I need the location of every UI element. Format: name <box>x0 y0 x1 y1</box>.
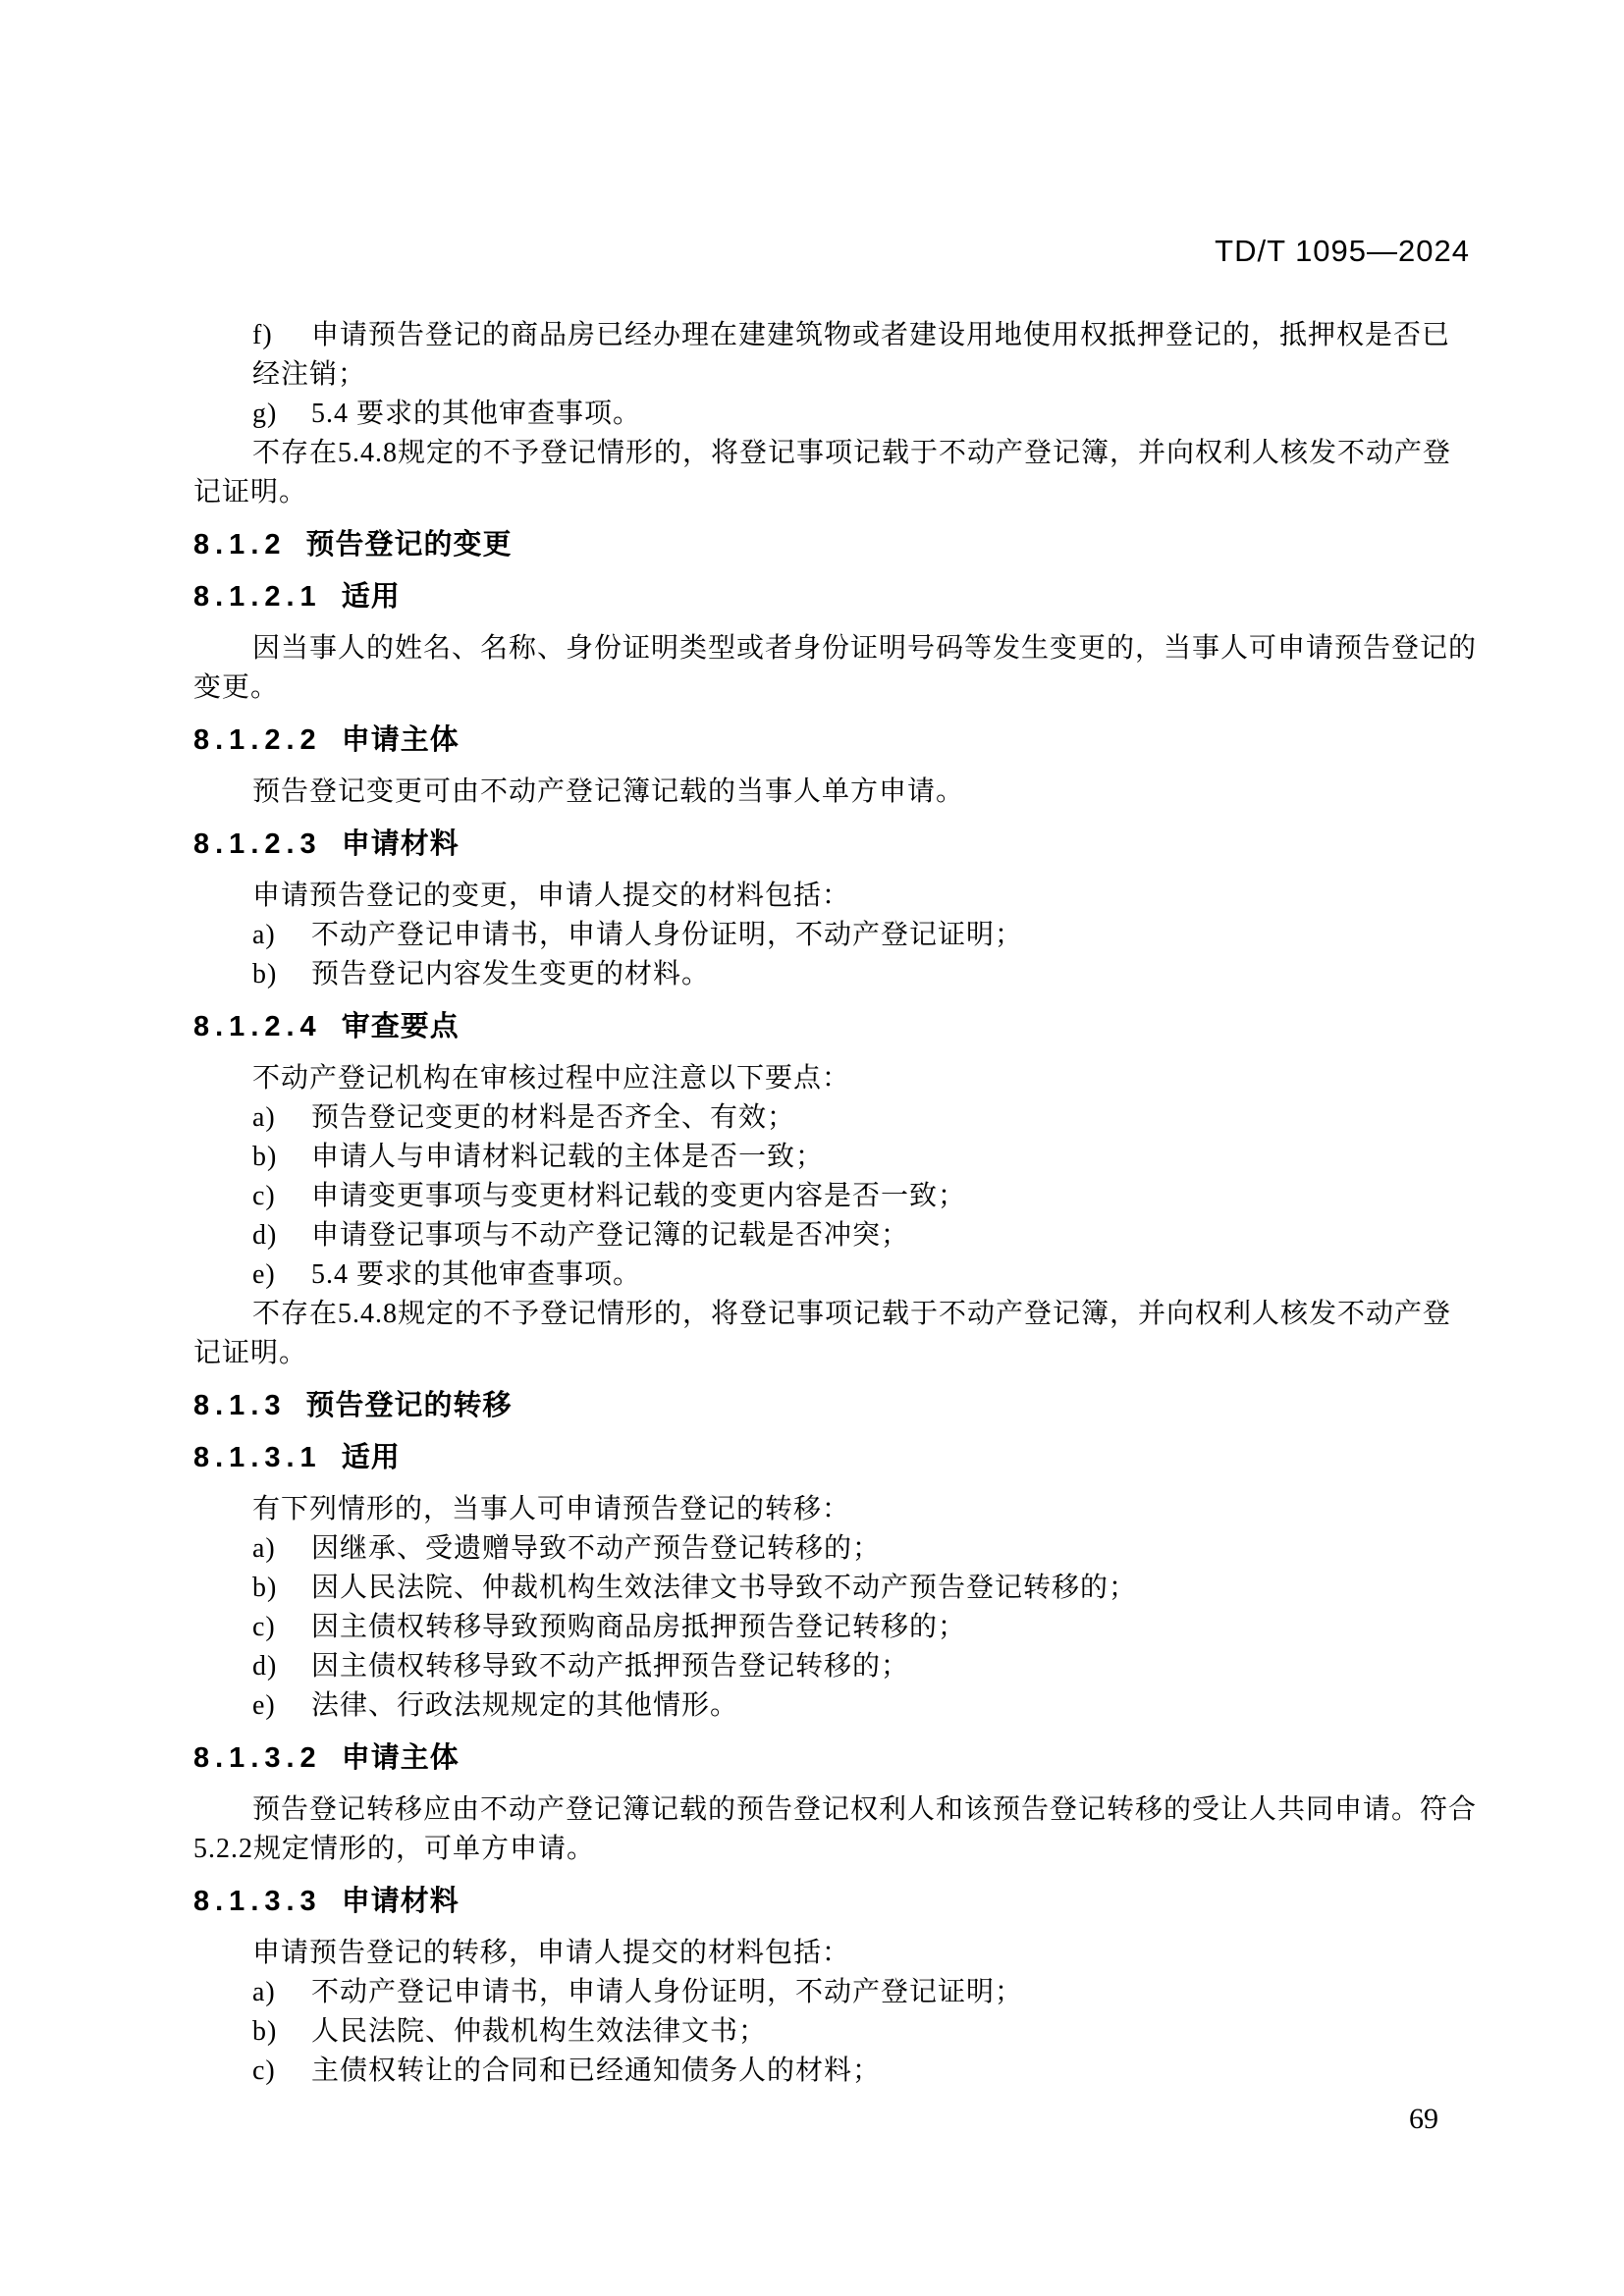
list-marker: b) <box>252 955 311 994</box>
heading-number: 8.1.3 <box>193 1390 287 1421</box>
section-heading: 8.1.2.1适用 <box>193 577 1480 616</box>
heading-number: 8.1.2.2 <box>193 724 322 756</box>
list-item: c)主债权转让的合同和已经通知债务人的材料； <box>193 2052 1480 2091</box>
heading-title: 审查要点 <box>342 1011 460 1042</box>
document-header: TD/T 1095—2024 <box>193 192 1470 310</box>
heading-number: 8.1.2 <box>193 529 287 561</box>
page-number: 69 <box>1409 2103 1438 2135</box>
list-item: a)不动产登记申请书，申请人身份证明，不动产登记证明； <box>193 1973 1480 2012</box>
paragraph: 有下列情形的，当事人可申请预告登记的转移： <box>193 1490 1480 1529</box>
list-text: 申请预告登记的商品房已经办理在建建筑物或者建设用地使用权抵押登记的，抵押权是否已… <box>252 320 1450 390</box>
list-item: f)申请预告登记的商品房已经办理在建建筑物或者建设用地使用权抵押登记的，抵押权是… <box>193 316 1480 395</box>
list-marker: b) <box>252 1569 311 1608</box>
list-text: 主债权转让的合同和已经通知债务人的材料； <box>311 2056 881 2086</box>
heading-number: 8.1.3.1 <box>193 1442 322 1473</box>
list-item: c)因主债权转移导致预购商品房抵押预告登记转移的； <box>193 1608 1480 1647</box>
list-item: a)不动产登记申请书，申请人身份证明，不动产登记证明； <box>193 916 1480 955</box>
list-item: e)法律、行政法规规定的其他情形。 <box>193 1686 1480 1726</box>
heading-number: 8.1.3.2 <box>193 1742 322 1774</box>
heading-title: 申请材料 <box>342 828 460 860</box>
section-heading: 8.1.2.2申请主体 <box>193 721 1480 760</box>
list-marker: g) <box>252 395 311 434</box>
list-marker: e) <box>252 1686 311 1726</box>
paragraph: 不存在5.4.8规定的不予登记情形的，将登记事项记载于不动产登记簿，并向权利人核… <box>193 1295 1480 1373</box>
list-marker: f) <box>252 316 311 355</box>
paragraph: 不存在5.4.8规定的不予登记情形的，将登记事项记载于不动产登记簿，并向权利人核… <box>193 434 1480 512</box>
list-item: b)因人民法院、仲裁机构生效法律文书导致不动产预告登记转移的； <box>193 1569 1480 1608</box>
heading-number: 8.1.2.1 <box>193 581 322 613</box>
standard-number: TD/T 1095—2024 <box>1215 234 1470 268</box>
list-text: 申请人与申请材料记载的主体是否一致； <box>311 1142 824 1172</box>
list-marker: c) <box>252 1608 311 1647</box>
list-marker: a) <box>252 916 311 955</box>
list-text: 不动产登记申请书，申请人身份证明，不动产登记证明； <box>311 1977 1023 2007</box>
list-item: d)申请登记事项与不动产登记簿的记载是否冲突； <box>193 1216 1480 1255</box>
heading-title: 申请主体 <box>342 1742 460 1774</box>
list-text: 5.4 要求的其他审查事项。 <box>311 399 641 429</box>
list-marker: c) <box>252 1177 311 1216</box>
list-text: 预告登记内容发生变更的材料。 <box>311 959 710 989</box>
list-marker: b) <box>252 1138 311 1177</box>
heading-title: 适用 <box>342 581 401 613</box>
list-item: e)5.4 要求的其他审查事项。 <box>193 1255 1480 1295</box>
list-marker: a) <box>252 1098 311 1138</box>
heading-title: 适用 <box>342 1442 401 1473</box>
document-page: TD/T 1095—2024 f)申请预告登记的商品房已经办理在建建筑物或者建设… <box>0 0 1624 2296</box>
list-text: 预告登记变更的材料是否齐全、有效； <box>311 1102 795 1133</box>
section-heading: 8.1.2预告登记的变更 <box>193 525 1480 564</box>
list-marker: b) <box>252 2012 311 2052</box>
heading-number: 8.1.3.3 <box>193 1886 322 1917</box>
list-marker: d) <box>252 1647 311 1686</box>
section-heading: 8.1.2.4审查要点 <box>193 1007 1480 1046</box>
list-text: 申请变更事项与变更材料记载的变更内容是否一致； <box>311 1181 966 1211</box>
document-footer: 69 <box>193 2102 1438 2137</box>
list-item: a)因继承、受遗赠导致不动产预告登记转移的； <box>193 1529 1480 1569</box>
heading-number: 8.1.2.3 <box>193 828 322 860</box>
heading-title: 申请主体 <box>342 724 460 756</box>
heading-title: 申请材料 <box>342 1886 460 1917</box>
list-text: 法律、行政法规规定的其他情形。 <box>311 1690 738 1721</box>
list-text: 人民法院、仲裁机构生效法律文书； <box>311 2016 767 2047</box>
list-text: 5.4 要求的其他审查事项。 <box>311 1259 641 1290</box>
list-marker: e) <box>252 1255 311 1295</box>
paragraph: 预告登记变更可由不动产登记簿记载的当事人单方申请。 <box>193 773 1480 812</box>
list-text: 因继承、受遗赠导致不动产预告登记转移的； <box>311 1533 881 1564</box>
paragraph: 预告登记转移应由不动产登记簿记载的预告登记权利人和该预告登记转移的受让人共同申请… <box>193 1790 1480 1869</box>
list-marker: a) <box>252 1973 311 2012</box>
heading-title: 预告登记的变更 <box>306 529 513 561</box>
paragraph: 申请预告登记的转移，申请人提交的材料包括： <box>193 1934 1480 1973</box>
list-text: 因人民法院、仲裁机构生效法律文书导致不动产预告登记转移的； <box>311 1573 1137 1603</box>
heading-title: 预告登记的转移 <box>306 1390 513 1421</box>
list-text: 不动产登记申请书，申请人身份证明，不动产登记证明； <box>311 920 1023 950</box>
paragraph: 不动产登记机构在审核过程中应注意以下要点： <box>193 1059 1480 1098</box>
paragraph: 申请预告登记的变更，申请人提交的材料包括： <box>193 877 1480 916</box>
list-item: c)申请变更事项与变更材料记载的变更内容是否一致； <box>193 1177 1480 1216</box>
list-marker: a) <box>252 1529 311 1569</box>
list-text: 申请登记事项与不动产登记簿的记载是否冲突； <box>311 1220 909 1251</box>
list-item: b)申请人与申请材料记载的主体是否一致； <box>193 1138 1480 1177</box>
heading-number: 8.1.2.4 <box>193 1011 322 1042</box>
section-heading: 8.1.3.1适用 <box>193 1438 1480 1477</box>
list-text: 因主债权转移导致预购商品房抵押预告登记转移的； <box>311 1612 966 1642</box>
list-marker: d) <box>252 1216 311 1255</box>
paragraph: 因当事人的姓名、名称、身份证明类型或者身份证明号码等发生变更的，当事人可申请预告… <box>193 629 1480 708</box>
list-marker: c) <box>252 2052 311 2091</box>
list-item: b)预告登记内容发生变更的材料。 <box>193 955 1480 994</box>
document-body: f)申请预告登记的商品房已经办理在建建筑物或者建设用地使用权抵押登记的，抵押权是… <box>193 316 1480 2091</box>
list-item: a)预告登记变更的材料是否齐全、有效； <box>193 1098 1480 1138</box>
list-item: b)人民法院、仲裁机构生效法律文书； <box>193 2012 1480 2052</box>
section-heading: 8.1.3预告登记的转移 <box>193 1386 1480 1425</box>
section-heading: 8.1.3.3申请材料 <box>193 1882 1480 1921</box>
section-heading: 8.1.2.3申请材料 <box>193 825 1480 864</box>
section-heading: 8.1.3.2申请主体 <box>193 1738 1480 1778</box>
list-text: 因主债权转移导致不动产抵押预告登记转移的； <box>311 1651 909 1682</box>
list-item: d)因主债权转移导致不动产抵押预告登记转移的； <box>193 1647 1480 1686</box>
list-item: g)5.4 要求的其他审查事项。 <box>193 395 1480 434</box>
